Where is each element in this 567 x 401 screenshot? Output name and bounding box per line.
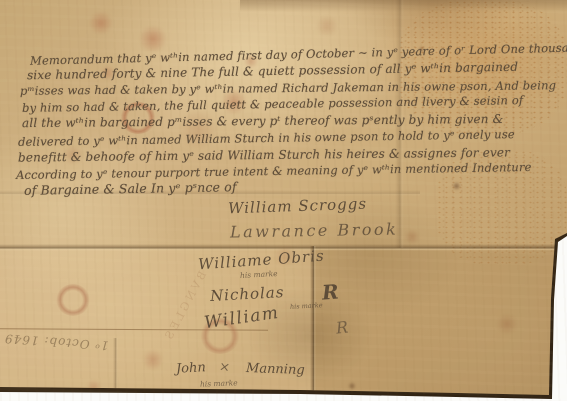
nicholas-mark: R [321,279,339,304]
john-manning-mark: × [218,359,231,375]
ink-spot [348,382,356,390]
william-mark: R [335,317,349,337]
parchment-sheet: Memorandum that yᵉ wᵗʰin named first day… [0,0,567,401]
signature-lawrance-brook: Lawrance Brook [230,220,399,242]
fold-panel-shading-right [313,250,555,398]
stain [138,26,168,52]
stain [315,16,339,36]
signature-william-scroggs: William Scroggs [228,195,368,218]
signature-manning: Manning [246,361,305,378]
stain [88,12,114,34]
his-marke-note: his marke [200,378,238,388]
signature-john: John [176,360,207,377]
stain [496,314,518,334]
stain [404,230,420,244]
manuscript-photo: Memorandum that yᵉ wᵗʰin named first day… [0,0,567,401]
stain [142,350,164,370]
vertical-fold-lower [310,246,316,398]
stain-ring [56,284,90,316]
his-marke-note: his marke [290,301,323,311]
ink-spot [452,182,461,190]
vertical-fold-bottom-left [113,338,118,390]
